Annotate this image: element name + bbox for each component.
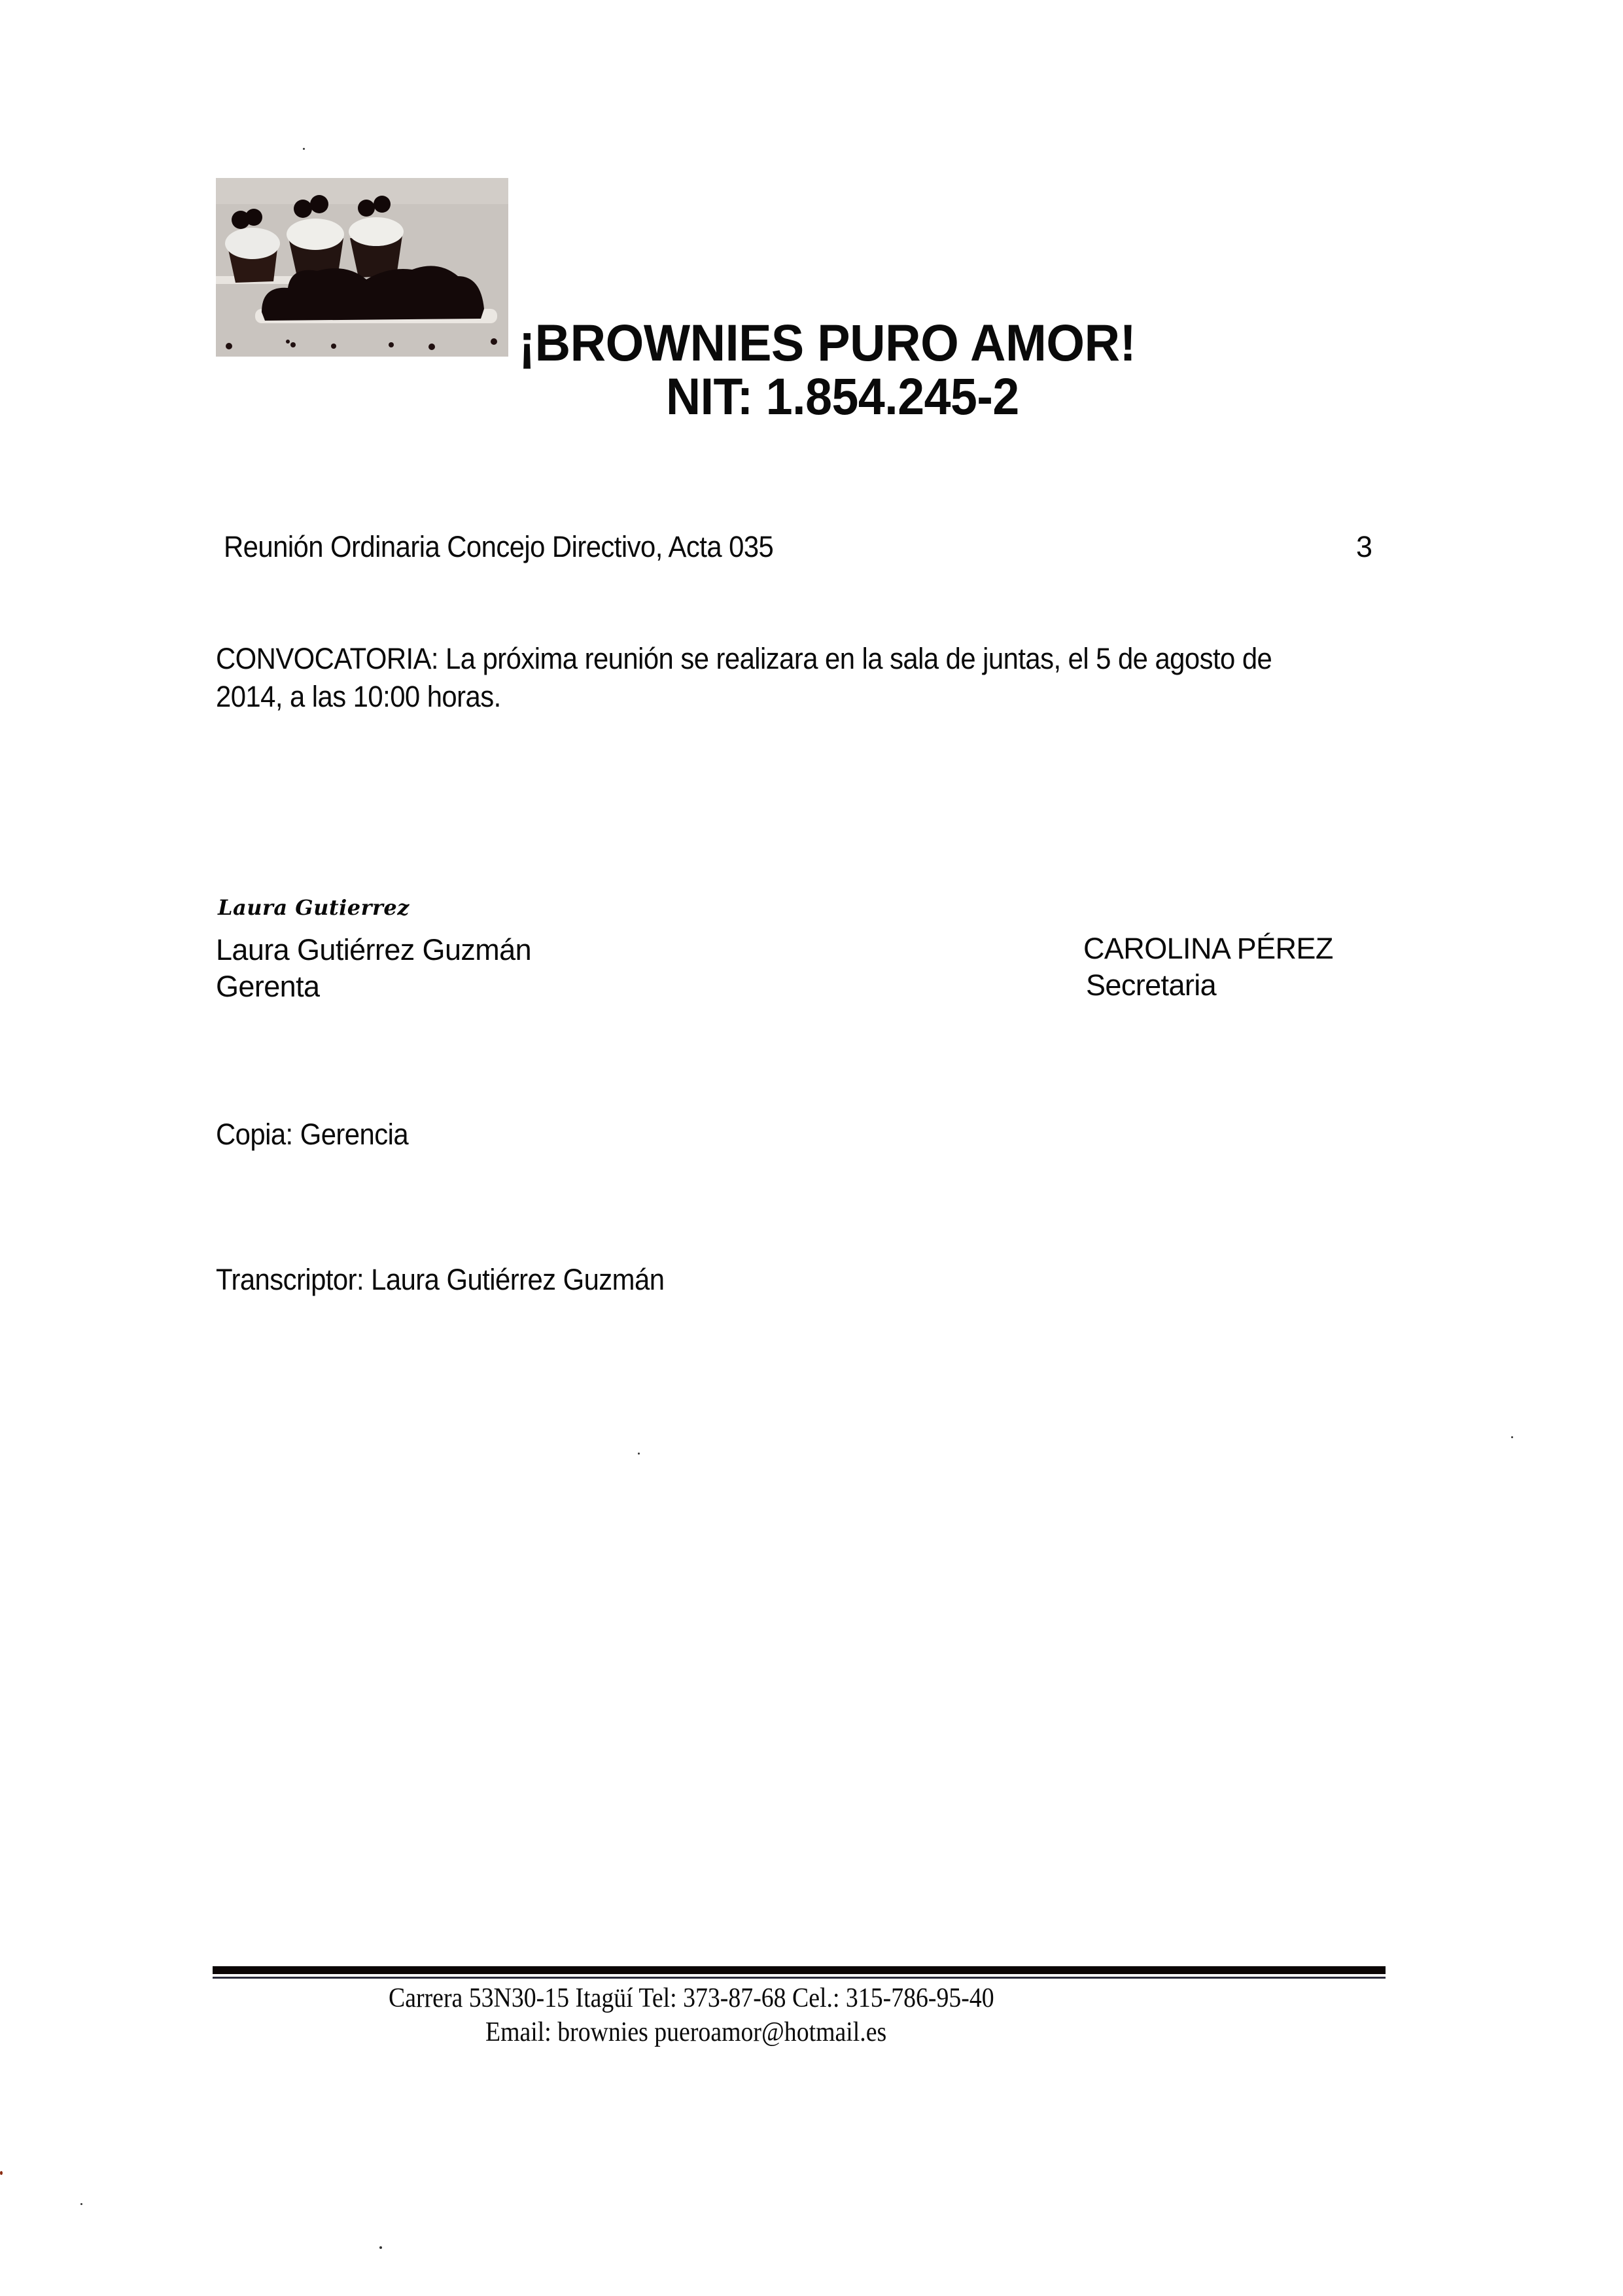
signer-left-role: Gerenta [216, 970, 319, 1004]
logo-photo [216, 178, 508, 357]
footer-divider-thin [213, 1977, 1386, 1979]
scan-speck [303, 148, 305, 150]
scan-speck [379, 2246, 382, 2249]
page-number: 3 [1356, 530, 1372, 564]
footer-address: Carrera 53N30-15 Itagüí Tel: 373-87-68 C… [389, 1983, 994, 2014]
meeting-title: Reunión Ordinaria Concejo Directivo, Act… [224, 530, 773, 564]
scan-speck [638, 1453, 640, 1455]
brownies-photo-icon [216, 178, 508, 357]
copy-line: Copia: Gerencia [216, 1118, 408, 1152]
signer-right-name: CAROLINA PÉREZ [1083, 932, 1333, 966]
signature-script: Laura Gutierrez [218, 895, 410, 920]
signer-left-name: Laura Gutiérrez Guzmán [216, 933, 531, 967]
signer-right-role: Secretaria [1086, 968, 1216, 1002]
scan-speck [80, 2203, 82, 2205]
scan-speck [0, 2171, 3, 2175]
footer-email: Email: brownies pueroamor@hotmail.es [485, 2017, 886, 2048]
transcriptor-line: Transcriptor: Laura Gutiérrez Guzmán [216, 1263, 664, 1297]
company-nit: NIT: 1.854.245-2 [666, 366, 1019, 427]
convocatoria-paragraph: CONVOCATORIA: La próxima reunión se real… [216, 640, 1311, 716]
footer-divider [213, 1966, 1386, 1974]
scan-speck [1511, 1436, 1513, 1438]
company-name: ¡BROWNIES PURO AMOR! [519, 313, 1136, 373]
